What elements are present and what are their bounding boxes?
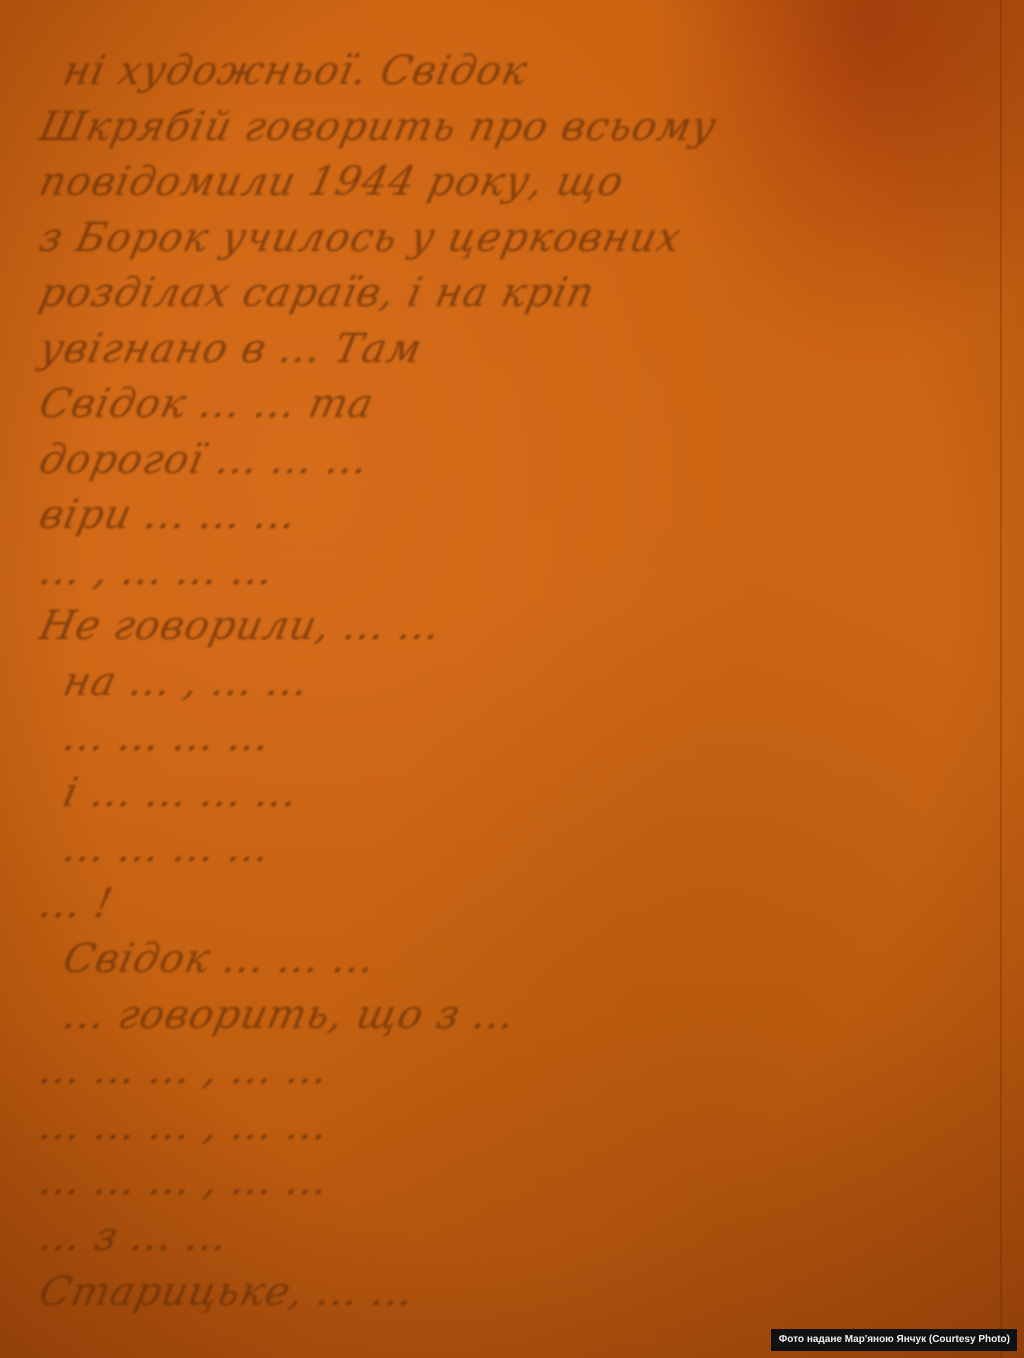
text-line: на ... , ... ... (34, 655, 960, 711)
text-line: з Борок училось у церковних (34, 211, 960, 267)
text-line: ... ... ... ... (34, 710, 960, 766)
text-line: увігнано в ... Там (34, 322, 960, 378)
text-line: ... ... ... , ... ... (34, 1043, 960, 1099)
text-line: ... з ... ... (34, 1210, 960, 1266)
text-line: Свідок ... ... та (34, 377, 960, 433)
text-line: повідомили 1944 року, що (34, 155, 960, 211)
text-line: дорогої ... ... ... (34, 433, 960, 489)
text-line: ... ... ... , ... ... (34, 1099, 960, 1155)
text-line: ... ... ... , ... ... (34, 1154, 960, 1210)
letter-page: ні художньої. Свідок Шкрябій говорить пр… (0, 0, 1024, 1358)
text-line: ... ... ... ... (34, 821, 960, 877)
text-line: ... говорить, що з ... (34, 988, 960, 1044)
handwritten-text: ні художньої. Свідок Шкрябій говорить пр… (40, 44, 954, 1321)
text-line: Шкрябій говорить про всьому (34, 100, 960, 156)
text-line: ... , ... ... ... (34, 544, 960, 600)
paper-edge (1000, 0, 1002, 1358)
text-line: віри ... ... ... (34, 488, 960, 544)
text-line: розділах сараїв, і на кріп (34, 266, 960, 322)
text-line: і ... ... ... ... (34, 766, 960, 822)
text-line: Не говорили, ... ... (34, 599, 960, 655)
text-line: ... ! (34, 877, 960, 933)
text-line: Старицьке, ... ... (34, 1265, 960, 1321)
text-line: ні художньої. Свідок (34, 44, 960, 100)
text-line: Свідок ... ... ... (34, 932, 960, 988)
photo-credit: Фото надане Мар'яною Янчук (Courtesy Pho… (771, 1329, 1017, 1351)
